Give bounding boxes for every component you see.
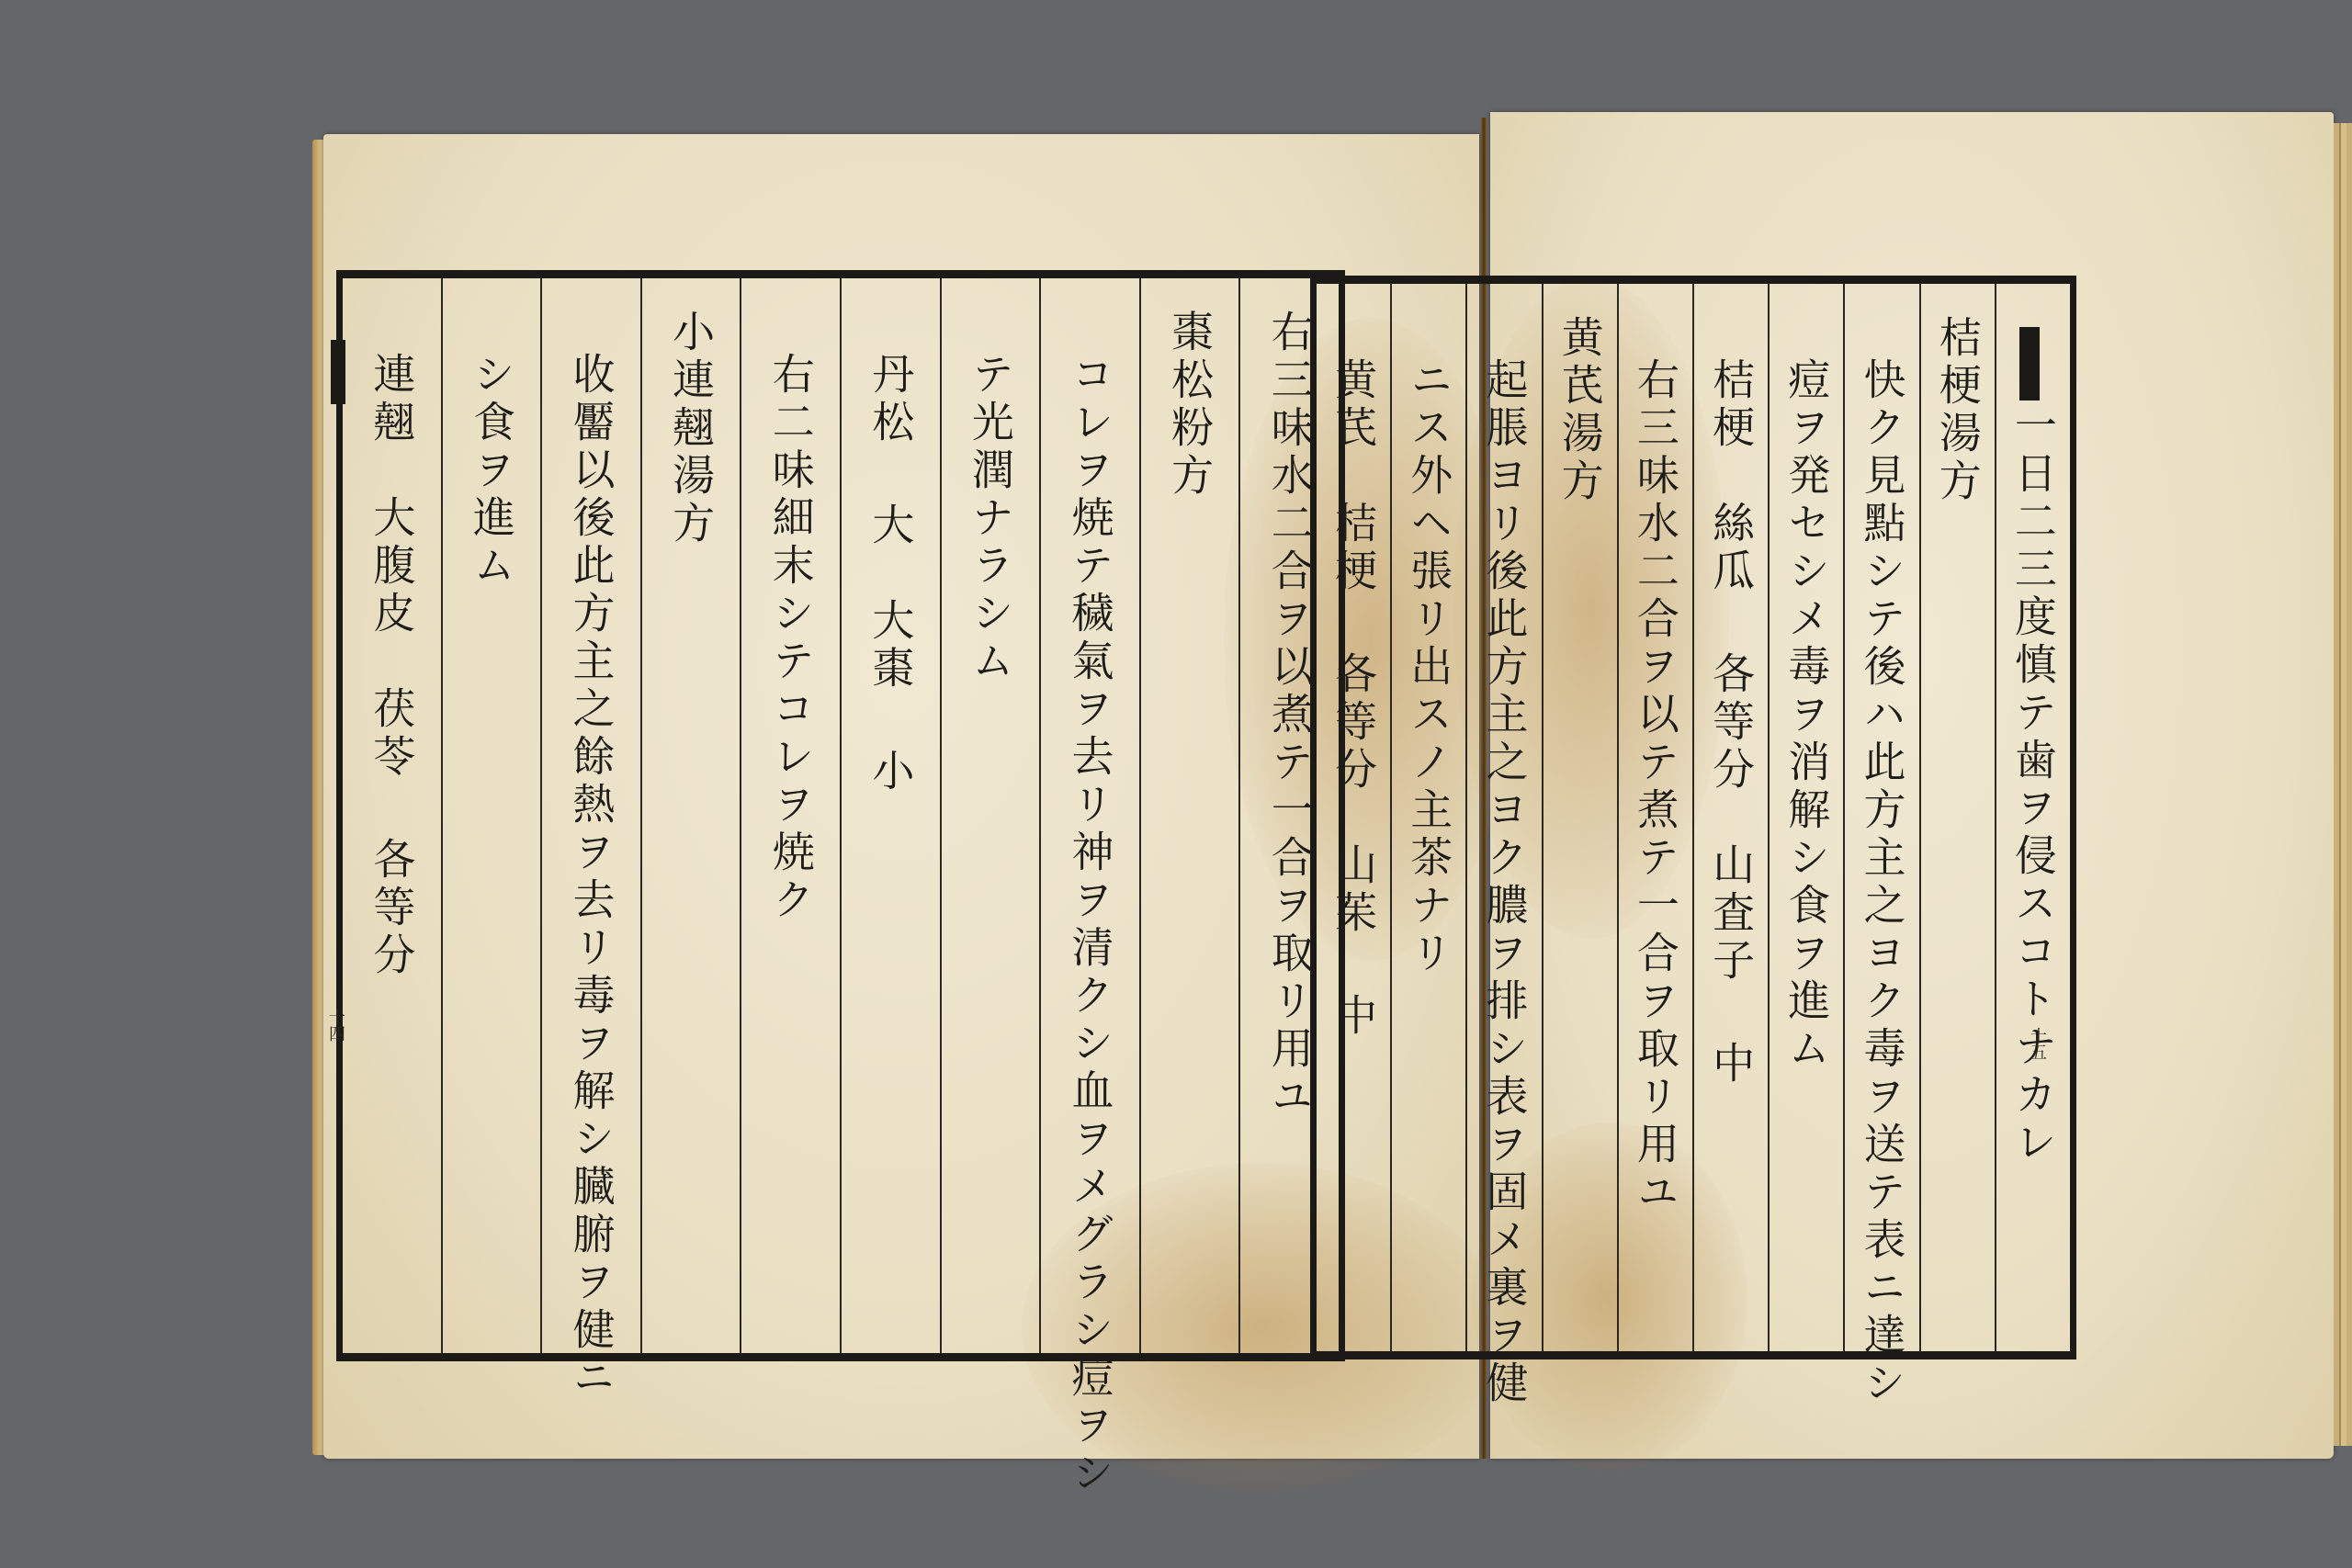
text-column: 丹松 大 大棗 小 — [840, 278, 940, 1353]
column-text: 右三味水二合ヲ以テ煮テ一合ヲ取リ用ユ — [1634, 284, 1677, 1351]
text-column: 右三味水二合ヲ以テ煮テ一合ヲ取リ用ユ — [1617, 284, 1692, 1351]
text-column: テ光潤ナラシム — [940, 278, 1040, 1353]
text-column: 右二味細末シテコレヲ焼ク — [740, 278, 840, 1353]
right-page-text-frame: 一日二三度慎テ歯ヲ侵スコトナカレ 桔梗湯方 快ク見點シテ後ハ此方主之ヨク毒ヲ送テ… — [1310, 276, 2076, 1359]
column-text: テ光潤ナラシム — [969, 278, 1012, 1353]
ingredient-list: 桔梗 絲瓜 各等分 山査子 中 — [1710, 284, 1752, 1351]
column-text: 快ク見點シテ後ハ此方主之ヨク毒ヲ送テ表ニ達シ — [1860, 284, 1903, 1351]
text-column: コレヲ焼テ穢氣ヲ去リ神ヲ清クシ血ヲメグラシ痘ヲシ — [1039, 278, 1139, 1353]
folio-number: 十五 — [2025, 1027, 2049, 1060]
right-book-edge — [2334, 123, 2352, 1446]
column-text: 右二味細末シテコレヲ焼ク — [770, 278, 812, 1353]
text-column: 痘ヲ発セシメ毒ヲ消解シ食ヲ進ム — [1768, 284, 1843, 1351]
column-text: コレヲ焼テ穢氣ヲ去リ神ヲ清クシ血ヲメグラシ痘ヲシ — [1069, 278, 1112, 1353]
text-column: 快ク見點シテ後ハ此方主之ヨク毒ヲ送テ表ニ達シ — [1843, 284, 1918, 1351]
text-column: 收靨以後此方主之餘熱ヲ去リ毒ヲ解シ臓腑ヲ健ニ — [540, 278, 640, 1353]
text-column: 桔梗 絲瓜 各等分 山査子 中 — [1692, 284, 1768, 1351]
recipe-heading: 黄芪湯方 — [1559, 284, 1601, 1351]
text-column: 黄芪湯方 — [1542, 284, 1617, 1351]
folio-number: 十四 — [323, 1009, 347, 1042]
ingredient-list: 黄芪 桔梗 各等分 山茱 中 — [1332, 284, 1374, 1351]
column-text: 起脹ヨリ後此方主之ヨク膿ヲ排シ表ヲ固メ裏ヲ健 — [1483, 284, 1525, 1351]
column-text: 一日二三度慎テ歯ヲ侵スコトナカレ — [2012, 284, 2054, 1351]
column-text: 痘ヲ発セシメ毒ヲ消解シ食ヲ進ム — [1785, 284, 1827, 1351]
recipe-heading: 桔梗湯方 — [1937, 284, 1979, 1351]
left-page-text-frame: 右三味水二合ヲ以煮テ一合ヲ取リ用ユ 棗松粉方 コレヲ焼テ穢氣ヲ去リ神ヲ清クシ血ヲ… — [336, 270, 1345, 1361]
text-column: 一日二三度慎テ歯ヲ侵スコトナカレ — [1995, 284, 2070, 1351]
text-column: 起脹ヨリ後此方主之ヨク膿ヲ排シ表ヲ固メ裏ヲ健 — [1465, 284, 1541, 1351]
ingredient-list: 連翹 大腹皮 茯苓 各等分 — [370, 278, 413, 1353]
text-column: シ食ヲ進ム — [441, 278, 541, 1353]
text-column: 黄芪 桔梗 各等分 山茱 中 — [1317, 284, 1390, 1351]
text-column: 棗松粉方 — [1139, 278, 1239, 1353]
text-column: ニス外ヘ張リ出スノ主茶ナリ — [1390, 284, 1465, 1351]
text-column: 連翹 大腹皮 茯苓 各等分 — [343, 278, 441, 1353]
column-text: ニス外ヘ張リ出スノ主茶ナリ — [1408, 284, 1450, 1351]
text-column: 小連翹湯方 — [640, 278, 741, 1353]
column-text: シ食ヲ進ム — [470, 278, 513, 1353]
fold-mark-block — [331, 340, 345, 404]
open-book: 右三味水二合ヲ以煮テ一合ヲ取リ用ユ 棗松粉方 コレヲ焼テ穢氣ヲ去リ神ヲ清クシ血ヲ… — [312, 108, 2069, 1468]
column-text: 收靨以後此方主之餘熱ヲ去リ毒ヲ解シ臓腑ヲ健ニ — [571, 278, 613, 1353]
column-text: 右三味水二合ヲ以煮テ一合ヲ取リ用ユ — [1269, 278, 1311, 1353]
fold-mark-block — [2019, 327, 2040, 400]
recipe-heading: 棗松粉方 — [1169, 278, 1211, 1353]
recipe-heading: 小連翹湯方 — [670, 278, 712, 1353]
ingredient-list: 丹松 大 大棗 小 — [869, 278, 911, 1353]
text-column: 桔梗湯方 — [1919, 284, 1995, 1351]
